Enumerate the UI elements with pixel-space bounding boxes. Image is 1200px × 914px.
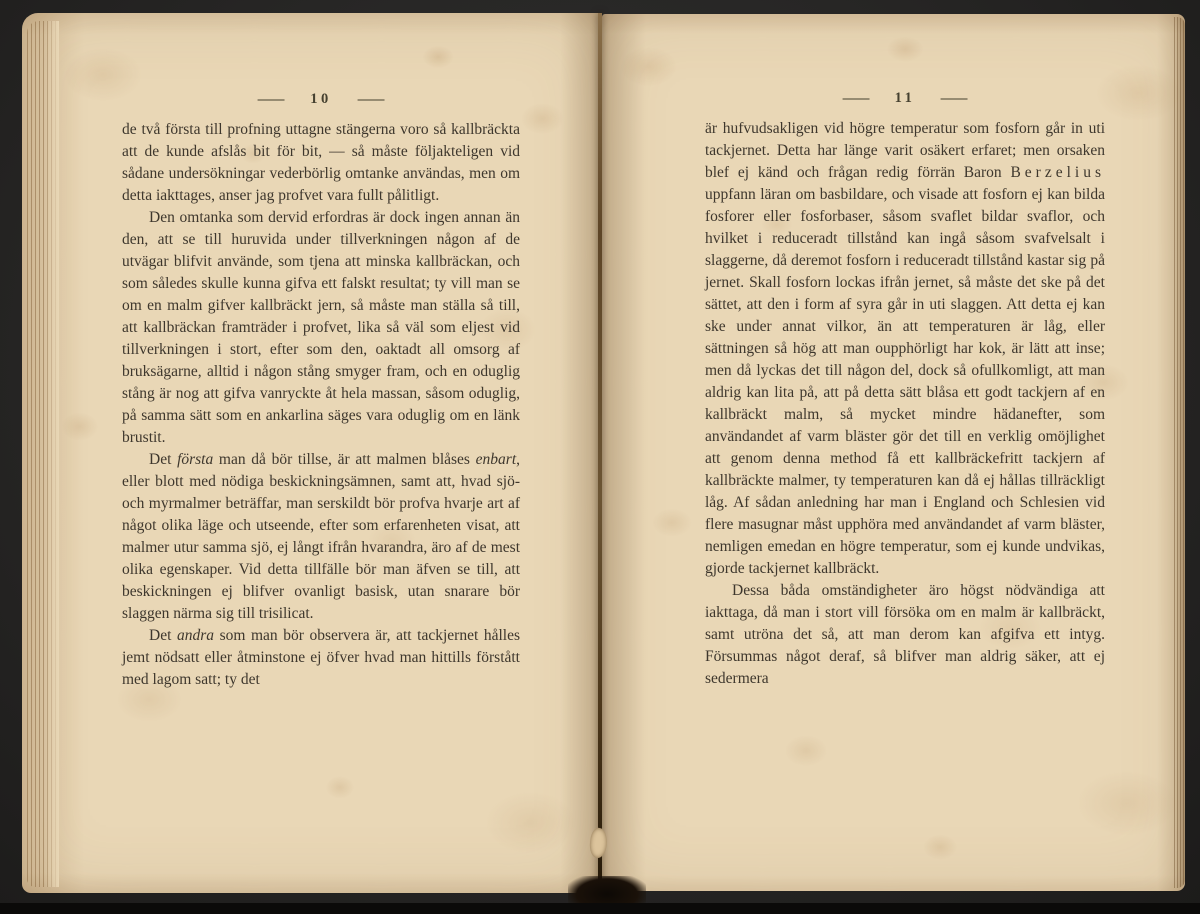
text-run: de två första till profning uttagne stän… (122, 121, 520, 204)
page-header: — 11 — (705, 90, 1105, 107)
page-header: — 10 — (122, 91, 520, 108)
text-run: man då bör tillse, är att malmen blåses (213, 451, 475, 468)
page-text: är hufvudsakligen vid högre temperatur s… (705, 118, 1105, 690)
paragraph: Dessa båda omständigheter äro högst nödv… (705, 580, 1105, 690)
text-run: uppfann läran om basbildare, och visade … (705, 186, 1105, 577)
header-dash: — (258, 92, 285, 108)
text-run: , eller blott med nödiga beskickningsämn… (122, 451, 520, 622)
header-dash: — (941, 91, 968, 107)
page-number: 11 (895, 90, 916, 107)
text-run: enbart (476, 451, 516, 468)
page-text: de två första till profning uttagne stän… (122, 119, 520, 691)
header-dash: — (842, 91, 869, 107)
text-run: Dessa båda omständigheter äro högst nödv… (705, 582, 1105, 687)
left-page: — 10 — de två första till profning uttag… (22, 13, 600, 893)
right-page-content: — 11 — är hufvudsakligen vid högre tempe… (602, 14, 1185, 891)
book-gutter (598, 13, 602, 892)
paragraph: är hufvudsakligen vid högre temperatur s… (705, 118, 1105, 580)
paragraph: Det andra som man bör observera är, att … (122, 625, 520, 691)
paragraph: de två första till profning uttagne stän… (122, 119, 520, 207)
page-number: 10 (310, 91, 332, 108)
text-run: Den omtanka som dervid erfordras är dock… (122, 209, 520, 446)
text-run: Det (149, 627, 177, 644)
paragraph: Det första man då bör tillse, är att mal… (122, 449, 520, 625)
photo-background: — 10 — de två första till profning uttag… (0, 0, 1200, 914)
binding-shadow (568, 876, 646, 914)
text-run: första (177, 451, 213, 468)
left-page-content: — 10 — de två första till profning uttag… (22, 13, 600, 893)
paragraph: Den omtanka som dervid erfordras är dock… (122, 207, 520, 449)
text-run: andra (177, 627, 214, 644)
header-dash: — (357, 92, 384, 108)
text-run: Det (149, 451, 177, 468)
right-page: — 11 — är hufvudsakligen vid högre tempe… (602, 14, 1185, 891)
text-run: Berzelius (1010, 164, 1105, 181)
